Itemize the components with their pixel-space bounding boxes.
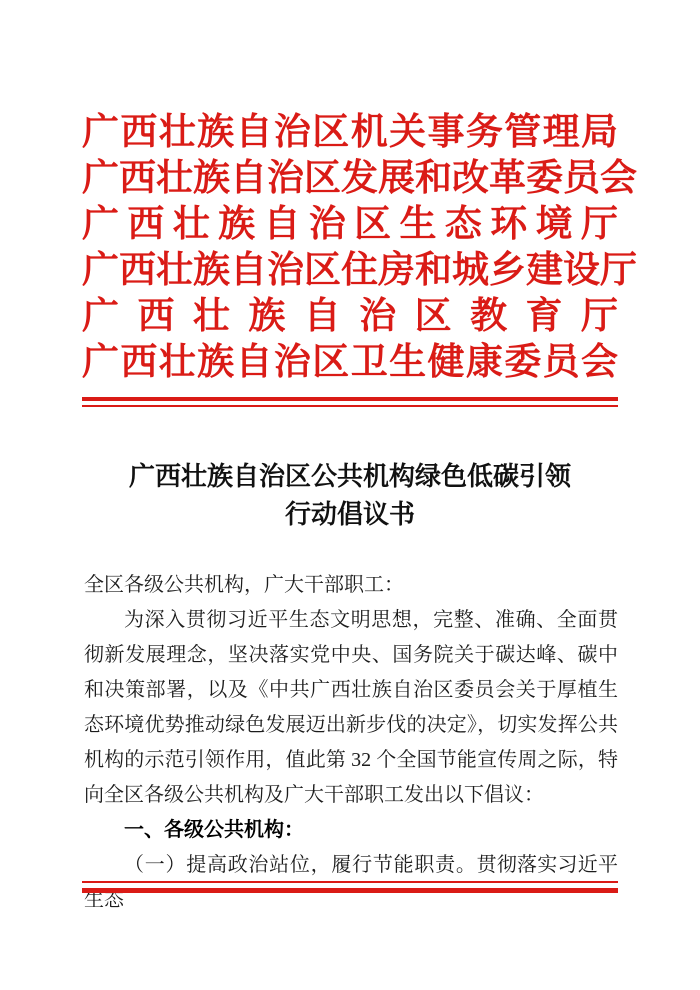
paragraph-intro: 为深入贯彻习近平生态文明思想，完整、准确、全面贯彻新发展理念，坚决落实党中央、国… [84,603,618,813]
agency-line: 广西壮族自治区机关事务管理局 [82,110,618,156]
document-title-line2: 行动倡议书 [0,496,700,534]
item-1-lead: （一）提高政治站位，履行节能职责。 [124,854,477,876]
agency-line: 广西壮族自治区发展和改革委员会 [82,156,618,202]
agency-line: 广西壮族自治区教育厅 [82,294,618,340]
footer-divider-double-rule [82,881,618,893]
salutation: 全区各级公共机构，广大干部职工： [84,568,618,603]
letterhead-divider-double-rule [82,397,618,407]
agency-line: 广西壮族自治区生态环境厅 [82,202,618,248]
document-title: 广西壮族自治区公共机构绿色低碳引领 行动倡议书 [0,458,700,534]
document-page: 广西壮族自治区机关事务管理局 广西壮族自治区发展和改革委员会 广西壮族自治区生态… [0,0,700,990]
agency-line: 广西壮族自治区住房和城乡建设厅 [82,248,618,294]
letterhead-agency-block: 广西壮族自治区机关事务管理局 广西壮族自治区发展和改革委员会 广西壮族自治区生态… [82,110,618,386]
document-title-line1: 广西壮族自治区公共机构绿色低碳引领 [0,458,700,496]
agency-line: 广西壮族自治区卫生健康委员会 [82,340,618,386]
section-heading-1: 一、各级公共机构： [84,813,618,848]
document-body: 全区各级公共机构，广大干部职工： 为深入贯彻习近平生态文明思想，完整、准确、全面… [84,568,618,918]
